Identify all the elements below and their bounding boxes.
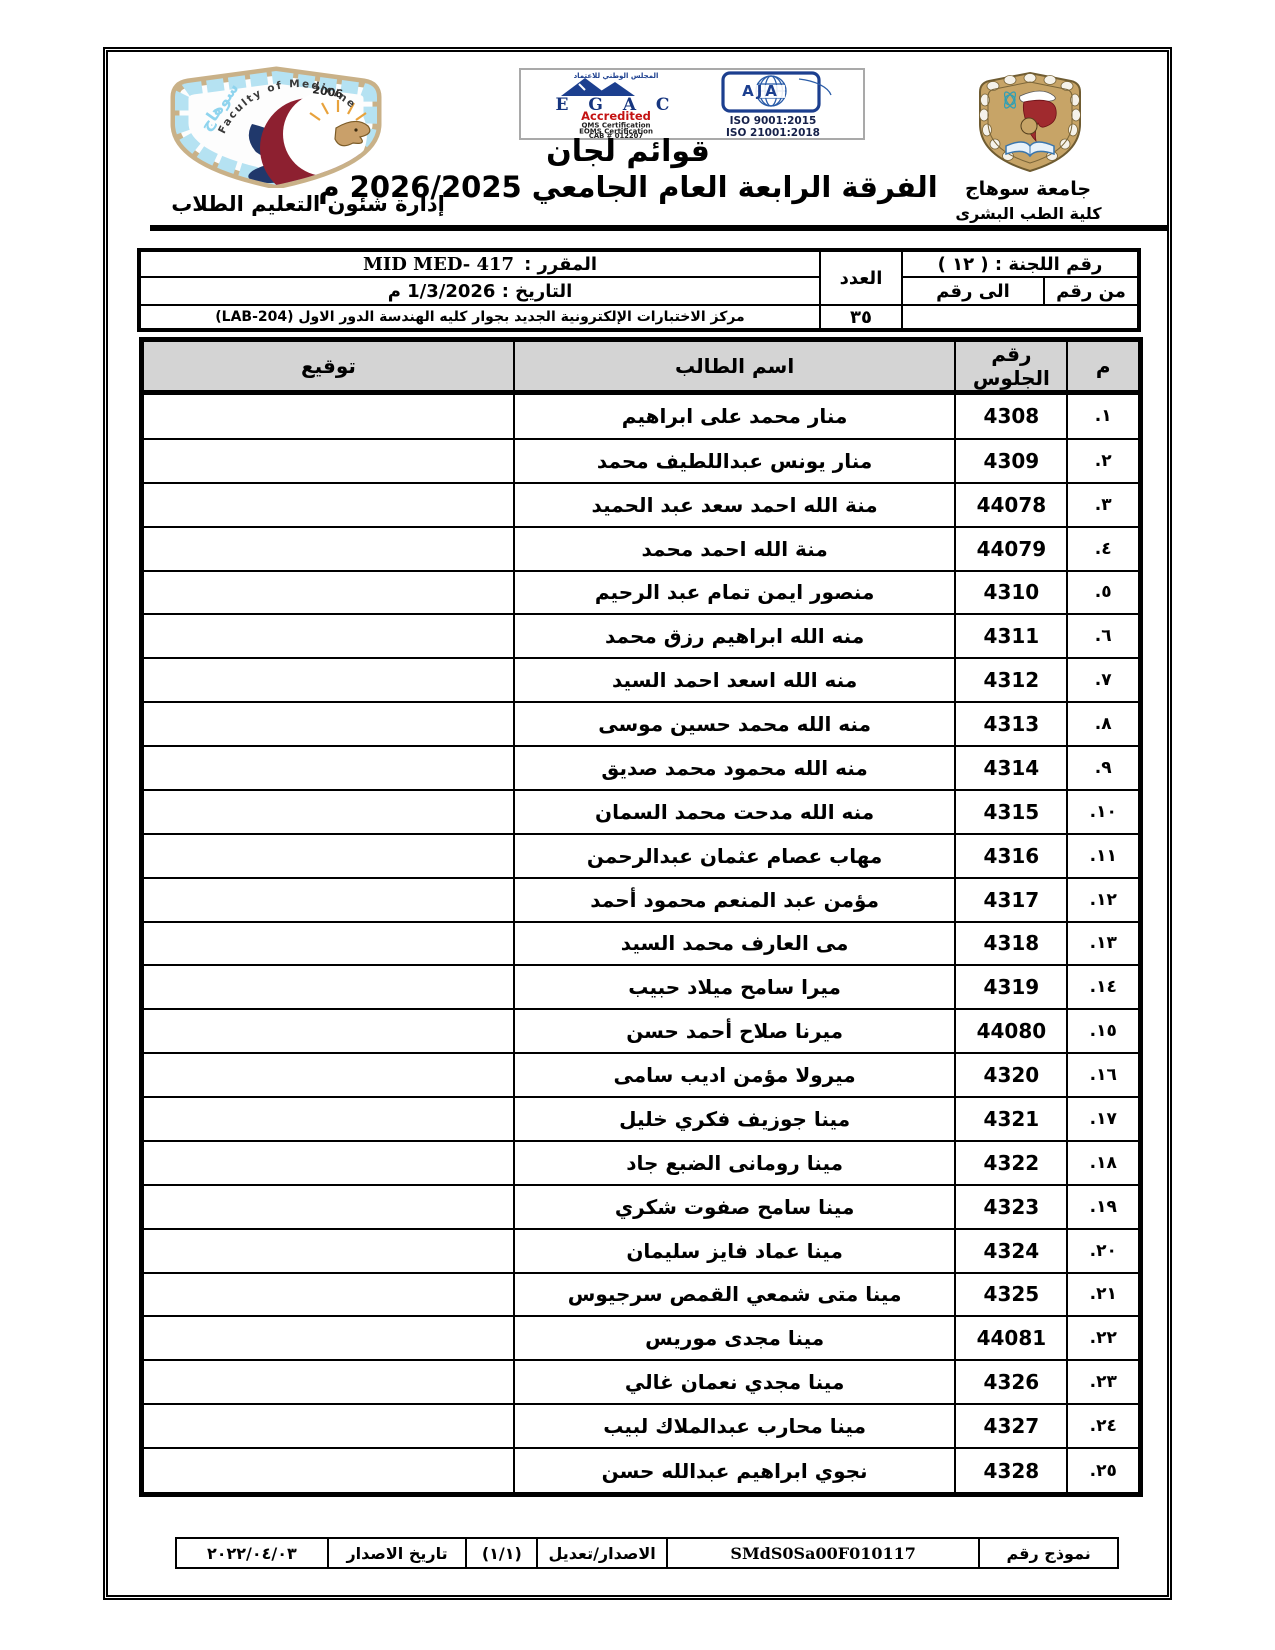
student-name-cell: منة الله احمد محمد [514,527,955,571]
header-divider [150,225,1169,231]
student-name-cell: نجوي ابراهيم عبدالله حسن [514,1448,955,1494]
row-index-cell: ١٩. [1067,1185,1140,1229]
seat-number-cell: 4308 [955,393,1067,439]
signature-cell [142,1316,514,1360]
table-row: ١٣.4318مى العارف محمد السيد [142,922,1141,966]
table-row: ٤.44079منة الله احمد محمد [142,527,1141,571]
student-name-cell: منار يونس عبداللطيف محمد [514,439,955,483]
signature-cell [142,922,514,966]
table-row: ١٨.4322مينا رومانى الضبع جاد [142,1141,1141,1185]
course-cell: المقرر : MID MED- 417 [140,251,820,277]
table-row: ٣.44078منة الله احمد سعد عبد الحميد [142,483,1141,527]
signature-cell [142,1360,514,1404]
number-range-empty-cell [902,305,1138,329]
table-row: ١٦.4320ميرولا مؤمن اديب سامى [142,1053,1141,1097]
seat-number-cell: 4319 [955,965,1067,1009]
row-index-cell: ٢٤. [1067,1404,1140,1448]
table-row: ١.4308منار محمد على ابراهيم [142,393,1141,439]
signature-cell [142,614,514,658]
name-column-header: اسم الطالب [514,340,955,393]
signature-cell [142,1229,514,1273]
egac-logo: المجلس الوطني للاعتماد E G A C Accredite… [521,70,711,138]
issue-date-label: تاريخ الاصدار [327,1539,466,1567]
university-name: جامعة سوهاج [953,178,1103,200]
student-name-cell: مينا محارب عبدالملاك لبيب [514,1404,955,1448]
signature-cell [142,658,514,702]
seat-number-cell: 4327 [955,1404,1067,1448]
issue-revision-value: (١/١) [465,1539,536,1567]
seat-number-cell: 44081 [955,1316,1067,1360]
students-table-header-row: م رقم الجلوس اسم الطالب توقيع [142,340,1141,393]
committee-number-cell: رقم اللجنة : ( ١٢ ) [902,251,1138,277]
document-page: 2006 Faculty of Medicine سوهاج إدارة شئو… [103,47,1172,1600]
sohag-university-logo [970,70,1090,178]
student-name-cell: مينا مجدي نعمان غالي [514,1360,955,1404]
student-name-cell: مؤمن عبد المنعم محمود أحمد [514,878,955,922]
table-row: ١٩.4323مينا سامح صفوت شكري [142,1185,1141,1229]
student-name-cell: منار محمد على ابراهيم [514,393,955,439]
seat-number-cell: 4310 [955,571,1067,615]
table-row: ٦.4311منه الله ابراهيم رزق محمد [142,614,1141,658]
seat-number-cell: 4315 [955,790,1067,834]
student-name-cell: مينا جوزيف فكري خليل [514,1097,955,1141]
svg-text:AJA: AJA [742,82,780,100]
row-index-cell: ٤. [1067,527,1140,571]
table-row: ٢٢.44081مينا مجدى موريس [142,1316,1141,1360]
students-table: م رقم الجلوس اسم الطالب توقيع ١.4308منار… [139,337,1143,1497]
count-value-cell: ٣٥ [820,305,902,329]
from-number-cell: من رقم [1044,277,1138,305]
student-name-cell: مينا سامح صفوت شكري [514,1185,955,1229]
student-name-cell: ميرولا مؤمن اديب سامى [514,1053,955,1097]
count-label-cell: العدد [820,251,902,305]
seat-number-cell: 44079 [955,527,1067,571]
exam-location-cell: مركز الاختبارات الإلكترونية الجديد بجوار… [140,305,820,329]
row-index-cell: ١. [1067,393,1140,439]
row-index-cell: ٨. [1067,702,1140,746]
seat-number-cell: 4318 [955,922,1067,966]
seat-number-cell: 4316 [955,834,1067,878]
student-name-cell: ميرا سامح ميلاد حبيب [514,965,955,1009]
exam-date-cell: التاريخ : 1/3/2026 م [140,277,820,305]
table-row: ٢٥.4328نجوي ابراهيم عبدالله حسن [142,1448,1141,1494]
faculty-name: كلية الطب البشرى [946,204,1111,223]
row-index-cell: ١٠. [1067,790,1140,834]
row-index-cell: ٢٣. [1067,1360,1140,1404]
signature-cell [142,1141,514,1185]
table-row: ١١.4316مهاب عصام عثمان عبدالرحمن [142,834,1141,878]
student-name-cell: مينا متى شمعي القمص سرجيوس [514,1273,955,1317]
exam-info-table: رقم اللجنة : ( ١٢ ) من رقم الى رقم العدد… [137,248,1141,332]
student-name-cell: مى العارف محمد السيد [514,922,955,966]
signature-cell [142,527,514,571]
table-row: ١٠.4315منه الله مدحت محمد السمان [142,790,1141,834]
students-tbody: ١.4308منار محمد على ابراهيم٢.4309منار يو… [142,393,1141,1495]
seat-number-cell: 4317 [955,878,1067,922]
form-footer: نموذج رقم SMdS0Sa00F010117 الاصدار/تعديل… [175,1537,1119,1569]
seat-number-cell: 4321 [955,1097,1067,1141]
signature-cell [142,1404,514,1448]
to-number-cell: الى رقم [902,277,1044,305]
signature-cell [142,571,514,615]
signature-cell [142,393,514,439]
seat-column-header: رقم الجلوس [955,340,1067,393]
student-name-cell: مينا عماد فايز سليمان [514,1229,955,1273]
aja-logo: AJA ISO 9001:2015 ISO 21001:2018 [711,70,861,138]
course-label: المقرر : [524,254,597,275]
form-number-label: نموذج رقم [978,1539,1117,1567]
table-row: ٢١.4325مينا متى شمعي القمص سرجيوس [142,1273,1141,1317]
signature-cell [142,878,514,922]
course-code: MID MED- 417 [363,254,514,275]
student-name-cell: ميرنا صلاح أحمد حسن [514,1009,955,1053]
table-row: ١٢.4317مؤمن عبد المنعم محمود أحمد [142,878,1141,922]
page-subtitle: الفرقة الرابعة العام الجامعي 2026/2025 م [228,170,1028,204]
row-index-cell: ٢١. [1067,1273,1140,1317]
seat-number-cell: 4314 [955,746,1067,790]
table-row: ٧.4312منه الله اسعد احمد السيد [142,658,1141,702]
signature-cell [142,702,514,746]
table-row: ٩.4314منه الله محمود محمد صديق [142,746,1141,790]
row-index-cell: ٩. [1067,746,1140,790]
row-index-cell: ١٨. [1067,1141,1140,1185]
seat-number-cell: 44078 [955,483,1067,527]
table-row: ٥.4310منصور ايمن تمام عبد الرحيم [142,571,1141,615]
signature-cell [142,1009,514,1053]
row-index-cell: ٧. [1067,658,1140,702]
table-row: ٢٤.4327مينا محارب عبدالملاك لبيب [142,1404,1141,1448]
table-row: ٢٣.4326مينا مجدي نعمان غالي [142,1360,1141,1404]
row-index-cell: ٢٥. [1067,1448,1140,1494]
signature-cell [142,439,514,483]
student-name-cell: منة الله احمد سعد عبد الحميد [514,483,955,527]
svg-text:ISO 9001:2015: ISO 9001:2015 [730,115,817,127]
seat-number-cell: 4326 [955,1360,1067,1404]
index-column-header: م [1067,340,1140,393]
row-index-cell: ١٣. [1067,922,1140,966]
row-index-cell: ١٦. [1067,1053,1140,1097]
table-row: ٨.4313منه الله محمد حسين موسى [142,702,1141,746]
signature-cell [142,1185,514,1229]
row-index-cell: ١٥. [1067,1009,1140,1053]
page-title: قوائم لجان [358,134,898,169]
row-index-cell: ٢. [1067,439,1140,483]
seat-number-cell: 4322 [955,1141,1067,1185]
student-name-cell: منه الله محمد حسين موسى [514,702,955,746]
signature-cell [142,746,514,790]
signature-cell [142,483,514,527]
row-index-cell: ٥. [1067,571,1140,615]
certification-box: المجلس الوطني للاعتماد E G A C Accredite… [519,68,865,140]
seat-number-cell: 4312 [955,658,1067,702]
signature-column-header: توقيع [142,340,514,393]
pharaoh-face-icon [1021,118,1037,134]
row-index-cell: ١٢. [1067,878,1140,922]
table-row: ١٧.4321مينا جوزيف فكري خليل [142,1097,1141,1141]
signature-cell [142,790,514,834]
row-index-cell: ٢٠. [1067,1229,1140,1273]
row-index-cell: ٣. [1067,483,1140,527]
student-name-cell: مينا مجدى موريس [514,1316,955,1360]
issue-revision-label: الاصدار/تعديل [536,1539,666,1567]
signature-cell [142,1097,514,1141]
seat-number-cell: 4325 [955,1273,1067,1317]
student-name-cell: منه الله محمود محمد صديق [514,746,955,790]
row-index-cell: ٦. [1067,614,1140,658]
seat-number-cell: 4323 [955,1185,1067,1229]
row-index-cell: ٢٢. [1067,1316,1140,1360]
signature-cell [142,1448,514,1494]
table-row: ١٤.4319ميرا سامح ميلاد حبيب [142,965,1141,1009]
seat-number-cell: 4313 [955,702,1067,746]
seat-number-cell: 4320 [955,1053,1067,1097]
svg-text:المجلس الوطني للاعتماد: المجلس الوطني للاعتماد [574,72,659,80]
seat-number-cell: 44080 [955,1009,1067,1053]
row-index-cell: ١٤. [1067,965,1140,1009]
seat-number-cell: 4311 [955,614,1067,658]
table-row: ١٥.44080ميرنا صلاح أحمد حسن [142,1009,1141,1053]
row-index-cell: ١٧. [1067,1097,1140,1141]
table-row: ٢٠.4324مينا عماد فايز سليمان [142,1229,1141,1273]
seat-number-cell: 4328 [955,1448,1067,1494]
form-code: SMdS0Sa00F010117 [666,1539,978,1567]
issue-date-value: ٢٠٢٢/٠٤/٠٣ [177,1539,327,1567]
seat-number-cell: 4309 [955,439,1067,483]
student-name-cell: مينا رومانى الضبع جاد [514,1141,955,1185]
signature-cell [142,1273,514,1317]
student-name-cell: منه الله ابراهيم رزق محمد [514,614,955,658]
table-row: ٢.4309منار يونس عبداللطيف محمد [142,439,1141,483]
student-name-cell: منه الله مدحت محمد السمان [514,790,955,834]
student-name-cell: منه الله اسعد احمد السيد [514,658,955,702]
signature-cell [142,1053,514,1097]
signature-cell [142,834,514,878]
signature-cell [142,965,514,1009]
student-name-cell: مهاب عصام عثمان عبدالرحمن [514,834,955,878]
seat-number-cell: 4324 [955,1229,1067,1273]
student-name-cell: منصور ايمن تمام عبد الرحيم [514,571,955,615]
row-index-cell: ١١. [1067,834,1140,878]
